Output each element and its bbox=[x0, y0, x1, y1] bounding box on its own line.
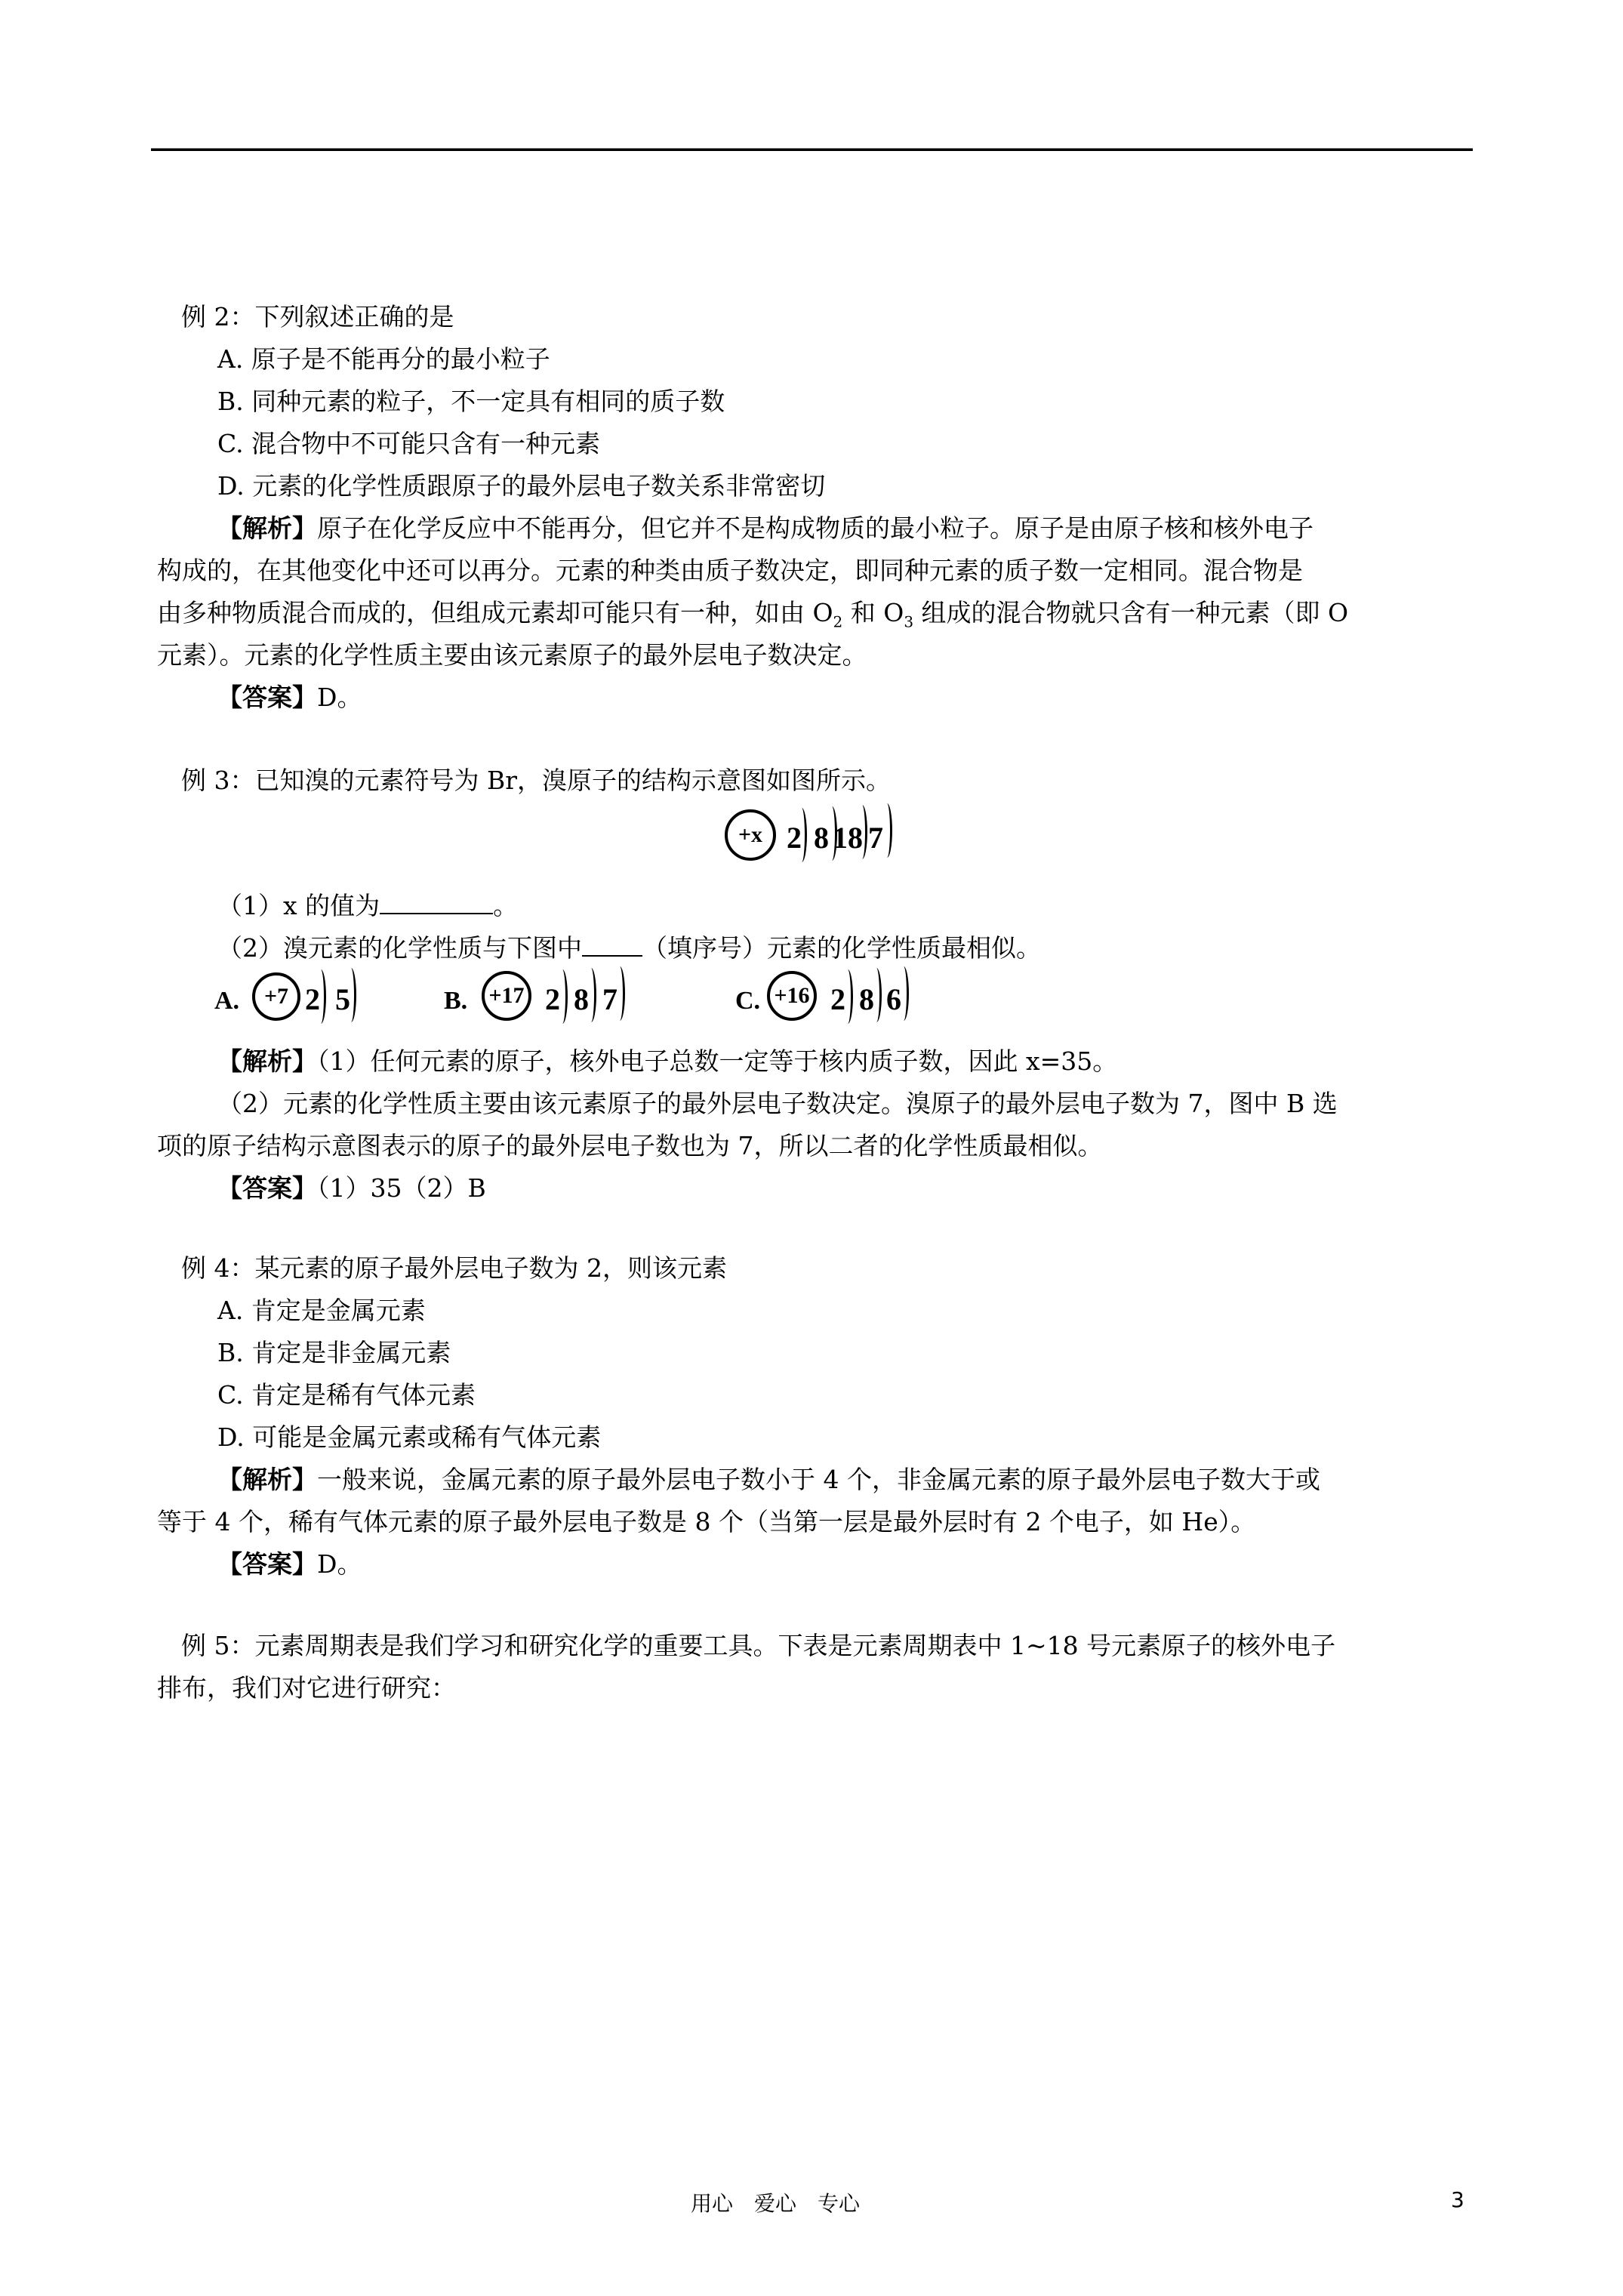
example4-analysis-line2: 等于 4 个，稀有气体元素的原子最外层电子数是 8 个（当第一层是最外层时有 2… bbox=[157, 1501, 1255, 1543]
bromine-atom-diagram: +x 2 8 18 7 bbox=[725, 806, 921, 874]
analysis-label: 【解析】 bbox=[217, 513, 317, 543]
example3-answer: 【答案】（1）35（2）B bbox=[217, 1167, 486, 1210]
analysis-label: 【解析】 bbox=[217, 1046, 317, 1076]
shell-arc-icon bbox=[898, 966, 909, 1021]
example2-answer: 【答案】D。 bbox=[217, 676, 362, 719]
shell-arc-icon bbox=[614, 966, 625, 1021]
example3-analysis-2b: 项的原子结构示意图表示的原子的最外层电子数也为 7，所以二者的化学性质最相似。 bbox=[157, 1125, 1103, 1167]
example5-line1: 例 5：元素周期表是我们学习和研究化学的重要工具。下表是元素周期表中 1~18 … bbox=[181, 1625, 1335, 1667]
example2-analysis-line3: 由多种物质混合而成的，但组成元素却可能只有一种，如由 O2 和 O3 组成的混合… bbox=[157, 592, 1348, 634]
example4-option-a: A. 肯定是金属元素 bbox=[217, 1290, 426, 1332]
example4-option-d: D. 可能是金属元素或稀有气体元素 bbox=[217, 1416, 601, 1459]
choice-a-diagram: A. +7 2 5 bbox=[214, 969, 365, 1037]
header-rule bbox=[151, 148, 1473, 151]
nucleus-icon: +17 bbox=[482, 971, 531, 1021]
shell-arc-icon bbox=[586, 968, 596, 1022]
nucleus-icon: +7 bbox=[252, 972, 300, 1021]
example2-option-d: D. 元素的化学性质跟原子的最外层电子数关系非常密切 bbox=[217, 465, 825, 507]
example3-question: 例 3：已知溴的元素符号为 Br，溴原子的结构示意图如图所示。 bbox=[181, 760, 891, 802]
example4-analysis-line1: 【解析】一般来说，金属元素的原子最外层电子数小于 4 个，非金属元素的原子最外层… bbox=[217, 1459, 1320, 1501]
shell-arc-icon bbox=[882, 803, 892, 858]
shell-arc-icon bbox=[842, 969, 853, 1024]
example3-analysis-1: 【解析】（1）任何元素的原子，核外电子总数一定等于核内质子数，因此 x=35。 bbox=[217, 1040, 1117, 1083]
example3-sub1: （1）x 的值为。 bbox=[217, 885, 518, 927]
analysis-label: 【解析】 bbox=[217, 1465, 317, 1494]
nucleus-icon: +16 bbox=[767, 971, 817, 1021]
answer-label: 【答案】 bbox=[217, 1549, 317, 1579]
shell-arc-icon bbox=[316, 969, 326, 1024]
nucleus-icon: +x bbox=[725, 809, 776, 861]
example4-answer: 【答案】D。 bbox=[217, 1543, 362, 1586]
example4-option-b: B. 肯定是非金属元素 bbox=[217, 1332, 451, 1374]
example2-analysis-line2: 构成的，在其他变化中还可以再分。元素的种类由质子数决定，即同种元素的质子数一定相… bbox=[157, 550, 1303, 592]
choice-c-diagram: C. +16 2 8 6 bbox=[735, 969, 932, 1037]
example4-question: 例 4：某元素的原子最外层电子数为 2，则该元素 bbox=[181, 1247, 727, 1290]
shell-arc-icon bbox=[871, 968, 882, 1022]
example2-analysis-line4: 元素）。元素的化学性质主要由该元素原子的最外层电子数决定。 bbox=[157, 634, 867, 676]
example2-question: 例 2：下列叙述正确的是 bbox=[181, 296, 454, 338]
answer-label: 【答案】 bbox=[217, 1173, 317, 1203]
example4-option-c: C. 肯定是稀有气体元素 bbox=[217, 1374, 476, 1416]
example2-option-c: C. 混合物中不可能只含有一种元素 bbox=[217, 423, 600, 465]
shell-arc-icon bbox=[557, 969, 568, 1024]
answer-blank[interactable] bbox=[582, 932, 642, 957]
example5-line2: 排布，我们对它进行研究： bbox=[157, 1667, 456, 1709]
choice-b-diagram: B. +17 2 8 7 bbox=[444, 969, 640, 1037]
example2-option-b: B. 同种元素的粒子，不一定具有相同的质子数 bbox=[217, 381, 725, 423]
example3-sub2: （2）溴元素的化学性质与下图中（填序号）元素的化学性质最相似。 bbox=[217, 927, 1041, 969]
example2-option-a: A. 原子是不能再分的最小粒子 bbox=[217, 338, 550, 381]
shell-arc-icon bbox=[346, 968, 356, 1022]
example2-analysis-line1: 【解析】原子在化学反应中不能再分，但它并不是构成物质的最小粒子。原子是由原子核和… bbox=[217, 507, 1313, 550]
answer-blank[interactable] bbox=[380, 890, 493, 914]
footer-motto: 用心 爱心 专心 bbox=[691, 2187, 860, 2217]
answer-label: 【答案】 bbox=[217, 683, 317, 712]
example3-analysis-2a: （2）元素的化学性质主要由该元素原子的最外层电子数决定。溴原子的最外层电子数为 … bbox=[217, 1083, 1338, 1125]
page-number: 3 bbox=[1451, 2187, 1464, 2212]
